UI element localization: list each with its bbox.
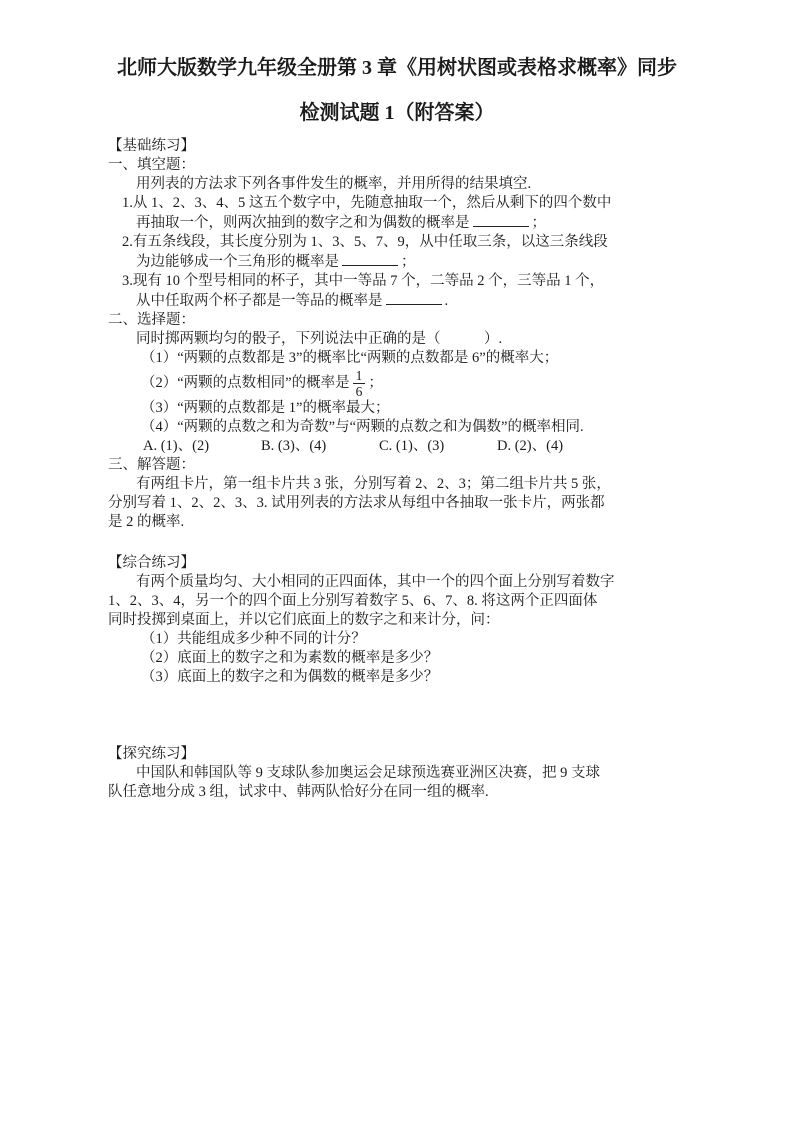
fill-in-intro: 用列表的方法求下列各事件发生的概率，并用所得的结果填空. bbox=[108, 175, 686, 194]
solve-line3: 是 2 的概率. bbox=[108, 513, 686, 532]
fill-q2-line2: 为边能够成一个三角形的概率是； bbox=[108, 252, 686, 272]
answer-option-d: D. (2)、(4) bbox=[497, 437, 563, 456]
fill-q3-text: 从中任取两个杯子都是一等品的概率是 bbox=[136, 293, 383, 309]
choice-statement-1: （1）“两颗的点数都是 3”的概率比“两颗的点数都是 6”的概率大； bbox=[108, 349, 686, 368]
document-content: 北师大版数学九年级全册第 3 章《用树状图或表格求概率》同步 检测试题 1（附答… bbox=[108, 0, 686, 802]
fill-q2-line1: 2.有五条线段，其长度分别为 1、3、5、7、9，从中任取三条，以这三条线段 bbox=[108, 233, 686, 252]
document-title-line1: 北师大版数学九年级全册第 3 章《用树状图或表格求概率》同步 bbox=[108, 57, 686, 79]
choice-statement-2-punct: ； bbox=[368, 374, 383, 393]
answer-option-c: C. (1)、(3) bbox=[379, 437, 497, 456]
fill-q1-line1: 1.从 1、2、3、4、5 这五个数字中，先随意抽取一个，然后从剩下的四个数中 bbox=[108, 194, 686, 213]
choice-statement-2: （2）“两颗的点数相同”的概率是16； bbox=[108, 368, 686, 399]
fill-q2-answer-blank bbox=[342, 252, 398, 266]
comprehensive-line2: 1、2、3、4，另一个的四个面上分别写着数字 5、6、7、8. 将这两个正四面体 bbox=[108, 592, 686, 611]
exploration-line1: 中国队和韩国队等 9 支球队参加奥运会足球预选赛亚洲区决赛，把 9 支球 bbox=[108, 764, 686, 783]
fill-q3-answer-blank bbox=[386, 291, 442, 305]
fill-q3-line2: 从中任取两个杯子都是一等品的概率是. bbox=[108, 291, 686, 311]
choice-statement-4: （4）“两颗的点数之和为奇数”与“两颗的点数之和为偶数”的概率相同. bbox=[108, 418, 686, 437]
fraction-one-sixth: 16 bbox=[353, 368, 366, 400]
section-header-basic: 【基础练习】 bbox=[108, 137, 686, 156]
fill-q1-text: 再抽取一个，则两次抽到的数字之和为偶数的概率是 bbox=[136, 215, 470, 231]
choice-heading: 二、选择题： bbox=[108, 311, 686, 330]
solve-heading: 三、解答题： bbox=[108, 456, 686, 475]
fraction-numerator: 1 bbox=[353, 368, 366, 383]
fill-q2-text: 为边能够成一个三角形的概率是 bbox=[136, 254, 339, 270]
fill-q1-answer-blank bbox=[473, 213, 529, 227]
comprehensive-line1: 有两个质量均匀、大小相同的正四面体，其中一个的四个面上分别写着数字 bbox=[108, 573, 686, 592]
comprehensive-q1: （1）共能组成多少种不同的计分？ bbox=[108, 630, 686, 649]
choice-statement-3: （3）“两颗的点数都是 1”的概率最大； bbox=[108, 399, 686, 418]
fill-q1-punct: ； bbox=[532, 215, 547, 231]
comprehensive-q2: （2）底面上的数字之和为素数的概率是多少？ bbox=[108, 649, 686, 668]
solve-line1: 有两组卡片，第一组卡片共 3 张，分别写着 2、2、3；第二组卡片共 5 张， bbox=[108, 475, 686, 494]
document-page: 北师大版数学九年级全册第 3 章《用树状图或表格求概率》同步 检测试题 1（附答… bbox=[0, 0, 793, 1122]
answer-option-b: B. (3)、(4) bbox=[261, 437, 379, 456]
fill-in-heading: 一、填空题： bbox=[108, 156, 686, 175]
answer-option-a: A. (1)、(2) bbox=[143, 437, 261, 456]
exploration-line2: 队任意地分成 3 组，试求中、韩两队恰好分在同一组的概率. bbox=[108, 783, 686, 802]
comprehensive-q3: （3）底面上的数字之和为偶数的概率是多少？ bbox=[108, 668, 686, 687]
fill-q2-punct: ； bbox=[401, 254, 416, 270]
fill-q1-line2: 再抽取一个，则两次抽到的数字之和为偶数的概率是； bbox=[108, 213, 686, 233]
document-title-line2: 检测试题 1（附答案） bbox=[108, 102, 686, 124]
choice-answer-options: A. (1)、(2) B. (3)、(4) C. (1)、(3) D. (2)、… bbox=[108, 437, 686, 456]
choice-statement-2-text: （2）“两颗的点数相同”的概率是 bbox=[141, 374, 350, 393]
fill-q3-punct: . bbox=[445, 293, 449, 309]
section-header-comprehensive: 【综合练习】 bbox=[108, 554, 686, 573]
solve-line2: 分别写着 1、2、2、3、3. 试用列表的方法求从每组中各抽取一张卡片，两张都 bbox=[108, 494, 686, 513]
fraction-denominator: 6 bbox=[353, 383, 366, 400]
section-header-exploration: 【探究练习】 bbox=[108, 745, 686, 764]
choice-stem: 同时掷两颗均匀的骰子，下列说法中正确的是（ ）. bbox=[108, 330, 686, 349]
comprehensive-line3: 同时投掷到桌面上，并以它们底面上的数字之和来计分，问： bbox=[108, 611, 686, 630]
fill-q3-line1: 3.现有 10 个型号相同的杯子，其中一等品 7 个，二等品 2 个，三等品 1… bbox=[108, 272, 686, 291]
